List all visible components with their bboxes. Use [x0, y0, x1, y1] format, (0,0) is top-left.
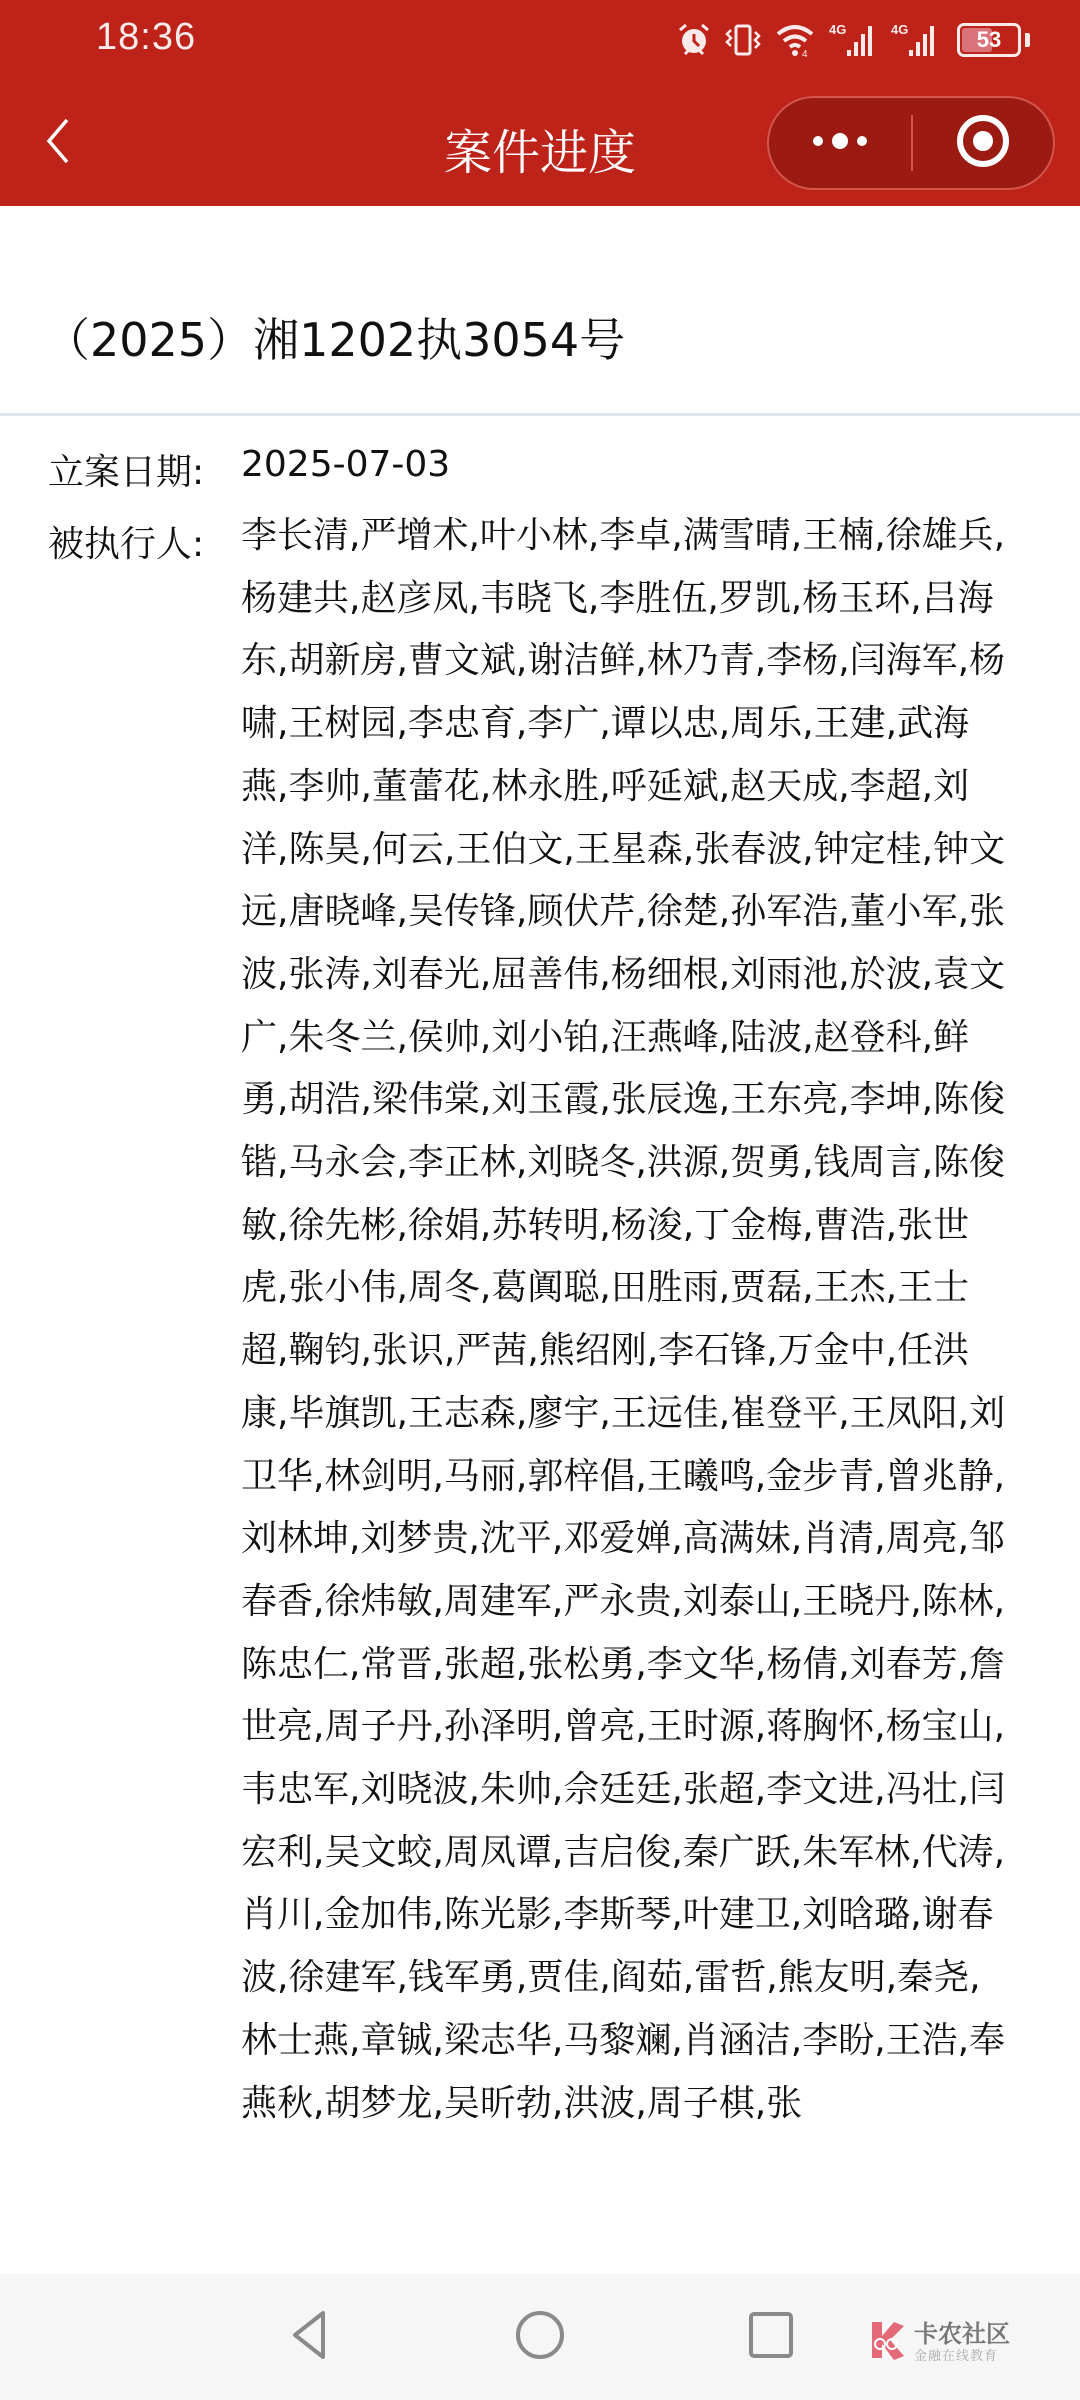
watermark-sub: 金融在线教育 — [914, 2350, 1010, 2363]
more-dots-icon — [808, 131, 872, 155]
filing-date-label: 立案日期: — [48, 444, 204, 495]
svg-text:4G: 4G — [829, 22, 846, 37]
battery-icon: 53 — [957, 23, 1021, 57]
system-recents-button[interactable] — [736, 2302, 806, 2372]
case-title-section: （2025）湘1202执3054号 — [0, 206, 1080, 416]
triangle-back-icon — [289, 2309, 329, 2365]
battery-level: 53 — [960, 26, 1018, 54]
system-nav-bar: 卡农社区 金融在线教育 — [0, 2274, 1080, 2400]
system-back-button[interactable] — [274, 2302, 344, 2372]
more-button[interactable] — [769, 98, 911, 188]
filing-date-value: 2025-07-03 — [241, 444, 450, 485]
signal-4g-icon: 4G — [829, 22, 879, 58]
vibrate-icon — [723, 22, 763, 58]
case-number: （2025）湘1202执3054号 — [44, 304, 625, 370]
target-close-icon — [955, 113, 1011, 173]
respondents-list: 李长清,严增术,叶小林,李卓,满雪晴,王楠,徐雄兵,杨建共,赵彦凤,韦晓飞,李胜… — [241, 505, 1011, 2135]
alarm-icon — [677, 22, 711, 58]
nav-bar: 案件进度 — [0, 86, 1080, 202]
svg-text:4: 4 — [802, 49, 808, 58]
watermark-main: 卡农社区 — [914, 2322, 1010, 2346]
respondents-label: 被执行人: — [48, 516, 204, 567]
square-recents-icon — [747, 2310, 795, 2364]
system-home-button[interactable] — [505, 2302, 575, 2372]
kanong-logo-icon — [868, 2320, 908, 2364]
app-header: 18:36 4 4G 4G 53 — [0, 0, 1080, 206]
status-icons: 4 4G 4G 53 — [677, 18, 1030, 62]
battery-tip — [1025, 33, 1030, 47]
status-time: 18:36 — [96, 16, 196, 59]
status-bar: 18:36 4 4G 4G 53 — [0, 0, 1080, 80]
close-miniprogram-button[interactable] — [913, 98, 1053, 188]
watermark: 卡农社区 金融在线教育 — [868, 2320, 1010, 2364]
svg-text:4G: 4G — [891, 22, 908, 37]
signal-4g-icon: 4G — [891, 22, 941, 58]
wifi-icon: 4 — [775, 22, 817, 58]
miniprogram-capsule — [767, 96, 1055, 190]
circle-home-icon — [514, 2309, 566, 2365]
